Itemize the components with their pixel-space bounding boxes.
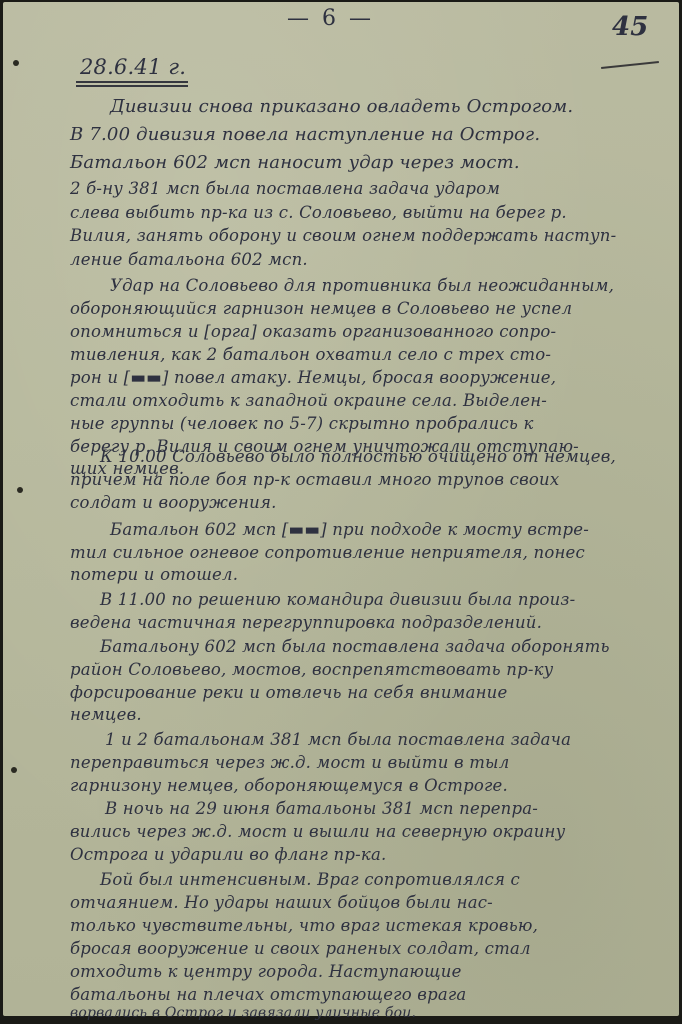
punch-hole xyxy=(17,487,23,493)
text-line: В 11.00 по решению командира дивизии был… xyxy=(100,590,575,609)
entry-date: 28.6.41 г. xyxy=(80,55,186,79)
text-line: слева выбить пр-ка из с. Соловьево, выйт… xyxy=(70,203,567,222)
text-line: В 7.00 дивизия повела наступление на Ост… xyxy=(70,124,540,145)
text-line: ление батальона 602 мсп. xyxy=(70,250,308,269)
text-line: район Соловьево, мостов, воспрепятствова… xyxy=(70,660,553,679)
text-line: обороняющийся гарнизон немцев в Соловьев… xyxy=(70,299,572,318)
text-line: Вилия, занять оборону и своим огнем подд… xyxy=(70,226,616,245)
text-line: тил сильное огневое сопротивление неприя… xyxy=(70,543,585,562)
text-line: Острога и ударили во фланг пр-ка. xyxy=(70,845,386,864)
text-line: Дивизии снова приказано овладеть Острого… xyxy=(110,96,573,117)
folio-number: 45 xyxy=(612,12,649,42)
text-line: причем на поле боя пр-к оставил много тр… xyxy=(70,470,559,489)
text-line: переправиться через ж.д. мост и выйти в … xyxy=(70,753,509,772)
text-line: 2 б-ну 381 мсп была поставлена задача уд… xyxy=(70,179,500,198)
text-line: 1 и 2 батальонам 381 мсп была поставлена… xyxy=(105,730,571,749)
text-line: только чувствительны, что враг истекая к… xyxy=(70,916,538,935)
text-line: В ночь на 29 июня батальоны 381 мсп пере… xyxy=(105,799,538,818)
text-line: Батальон 602 мсп наносит удар через мост… xyxy=(70,152,520,173)
text-line: потери и отошел. xyxy=(70,565,238,584)
text-line: вились через ж.д. мост и вышли на северн… xyxy=(70,822,565,841)
punch-hole xyxy=(13,60,19,66)
text-line: бросая вооружение и своих раненых солдат… xyxy=(70,939,531,958)
page-number: — 6 — xyxy=(287,6,374,31)
date-underline xyxy=(76,81,188,83)
text-line: батальоны на плечах отступающего врага xyxy=(70,985,466,1004)
text-line: Батальон 602 мсп [▬▬] при подходе к мост… xyxy=(110,520,589,539)
text-line: Батальону 602 мсп была поставлена задача… xyxy=(100,637,610,656)
text-line: гарнизону немцев, обороняющемуся в Остро… xyxy=(70,776,508,795)
text-line: ведена частичная перегруппировка подразд… xyxy=(70,613,542,632)
text-line: отчаянием. Но удары наших бойцов были на… xyxy=(70,893,493,912)
text-line: солдат и вооружения. xyxy=(70,493,277,512)
text-line: тивления, как 2 батальон охватил село с … xyxy=(70,345,551,364)
text-line: отходить к центру города. Наступающие xyxy=(70,962,462,981)
text-line: рон и [▬▬] повел атаку. Немцы, бросая во… xyxy=(70,368,556,387)
text-line: Бой был интенсивным. Враг сопротивлялся … xyxy=(100,870,520,889)
text-line: ные группы (человек по 5-7) скрытно проб… xyxy=(70,414,534,433)
text-line: ворвались в Острог и завязали уличные бо… xyxy=(70,1005,416,1021)
text-line: форсирование реки и отвлечь на себя вним… xyxy=(70,683,507,702)
text-line: стали отходить к западной окраине села. … xyxy=(70,391,547,410)
text-line: К 10.00 Соловьево было полностью очищено… xyxy=(100,447,616,466)
text-line: опомниться и [орга] оказать организованн… xyxy=(70,322,556,341)
text-line: Удар на Соловьево для противника был нео… xyxy=(110,276,614,295)
date-underline xyxy=(76,85,188,87)
punch-hole xyxy=(11,767,17,773)
text-line: немцев. xyxy=(70,705,142,724)
